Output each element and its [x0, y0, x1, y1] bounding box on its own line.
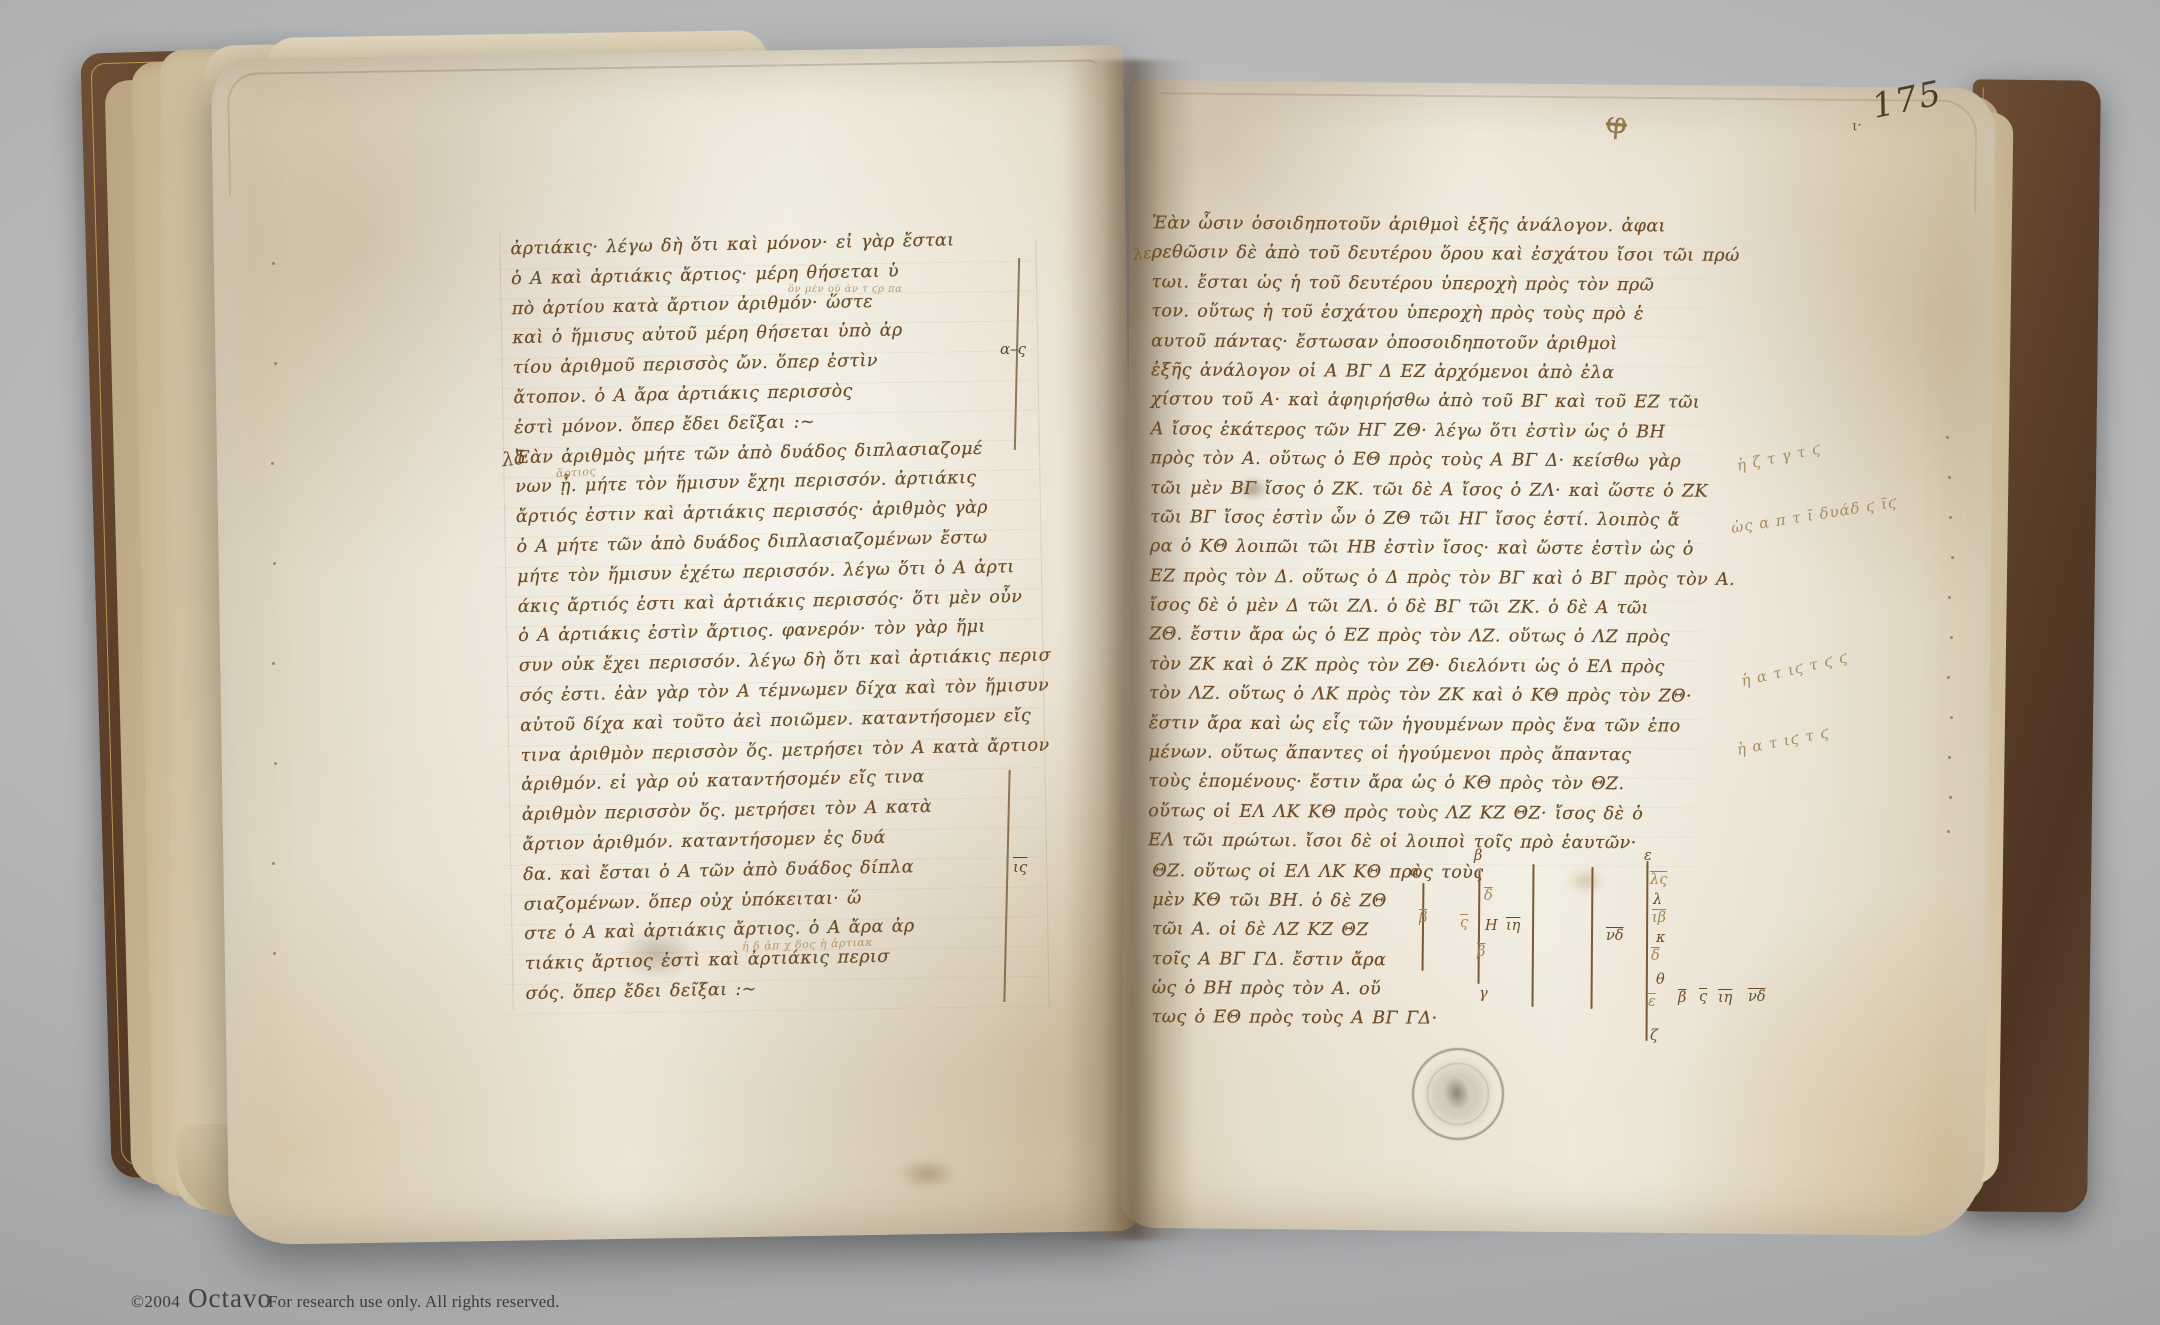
usage-notice: For research use only. All rights reserv… — [268, 1292, 560, 1312]
quire-mark: φ — [1605, 105, 1629, 142]
manuscript-line: τωι. ἔσται ὡς ἡ τοῦ δευτέρου ὑπεροχὴ πρὸ… — [1151, 268, 1707, 301]
manuscript-line: τῶι ΒΓ ἴσος ἐστὶν ὧν ὁ ΖΘ τῶι ΗΓ ἴσος ἐσ… — [1150, 503, 1706, 536]
manuscript-line: τοῖς Α ΒΓ ΓΔ. ἔστιν ἄρα — [1152, 945, 1492, 976]
manuscript-line: Α ἴσος ἑκάτερος τῶν ΗΓ ΖΘ· λέγω ὅτι ἐστὶ… — [1151, 415, 1707, 448]
diagram-label: β — [1477, 944, 1485, 960]
diagram-label: ε — [1644, 848, 1652, 864]
right-narrow-text-column: ΘΖ. οὕτως οἱ ΕΛ ΛΚ ΚΘ πρὸς τοὺςμὲν ΚΘ τῶ… — [1152, 857, 1493, 1034]
manuscript-line: ρεθῶσιν δὲ ἀπὸ τοῦ δευτέρου ὅρου καὶ ἐσχ… — [1152, 239, 1708, 272]
manuscript-line: τὸν ΛΖ. οὕτως ὁ ΛΚ πρὸς τὸν ΖΚ καὶ ὁ ΚΘ … — [1149, 680, 1705, 713]
diagram-label: ιη — [1506, 918, 1520, 934]
left-text-column: ἀρτιάκις· λέγω δὴ ὅτι καὶ μόνον· εἰ γὰρ … — [510, 225, 1037, 1010]
proposition-number-34: λδ — [501, 447, 527, 471]
manuscript-line: ἴσος δὲ ὁ μὲν Δ τῶι ΖΛ. ὁ δὲ ΒΓ τῶι ΖΚ. … — [1149, 591, 1705, 624]
bracket-label: ις — [1013, 858, 1027, 876]
manuscript-line: αυτοῦ πάντας· ἔστωσαν ὁποσοιδηποτοῦν ἀρι… — [1151, 327, 1707, 360]
brand-octavo: Octavo — [188, 1283, 272, 1314]
manuscript-line: μὲν ΚΘ τῶι ΒΗ. ὁ δὲ ΖΘ — [1152, 886, 1492, 917]
manuscript-line: ΕΖ πρὸς τὸν Δ. οὕτως ὁ Δ πρὸς τὸν ΒΓ καὶ… — [1150, 562, 1706, 595]
manuscript-line: οὕτως οἱ ΕΛ ΛΚ ΚΘ πρὸς τοὺς ΛΖ ΚΖ ΘΖ· ἴσ… — [1148, 797, 1704, 830]
manuscript-line: ΖΘ. ἔστιν ἄρα ὡς ὁ ΕΖ πρὸς τὸν ΛΖ. οὕτως… — [1149, 621, 1705, 654]
ink-stain — [898, 1158, 956, 1190]
manuscript-line: ρα ὁ ΚΘ λοιπῶι τῶι ΗΒ ἐστὶν ἴσος· καὶ ὥσ… — [1150, 533, 1706, 566]
diagram-label: β — [1474, 848, 1482, 864]
diagram-label: ιη — [1718, 990, 1732, 1006]
copyright-text: ©2004 — [131, 1292, 180, 1312]
diagram-label: ζ — [1650, 1028, 1658, 1044]
manuscript-line: ἑξῆς ἀνάλογον οἱ Α ΒΓ Δ ΕΖ ἀρχόμενοι ἀπὸ… — [1151, 356, 1707, 389]
manuscript-line: χίστου τοῦ Α· καὶ ἀφηιρήσθω ἀπὸ τοῦ ΒΓ κ… — [1151, 386, 1707, 419]
diagram-label: δ — [1484, 888, 1493, 904]
manuscript-line: τὸν ΖΚ καὶ ὁ ΖΚ πρὸς τὸν ΖΘ· διελόντι ὡς… — [1149, 650, 1705, 683]
ink-stain — [1566, 868, 1606, 894]
diagram-label: ιβ — [1652, 910, 1666, 926]
manuscript-line: τον. οὕτως ἡ τοῦ ἐσχάτου ὑπεροχὴ πρὸς το… — [1151, 297, 1707, 330]
manuscript-line: πρὸς τὸν Α. οὕτως ὁ ΕΘ πρὸς τοὺς Α ΒΓ Δ·… — [1150, 444, 1706, 477]
diagram-label: λς — [1650, 872, 1667, 888]
manuscript-line: ὡς ὁ ΒΗ πρὸς τὸν Α. οὕ — [1152, 974, 1492, 1005]
diagram-label: α — [1410, 864, 1420, 880]
diagram-label: νδ — [1748, 989, 1766, 1005]
manuscript-line: τοὺς ἑπομένους· ἔστιν ἄρα ὡς ὁ ΚΘ πρὸς τ… — [1148, 768, 1704, 801]
diagram-label: δ — [1651, 948, 1660, 964]
diagram-label: ς — [1699, 989, 1707, 1005]
manuscript-line: τῶι Α. οἱ δὲ ΛΖ ΚΖ ΘΖ — [1152, 915, 1492, 946]
interlinear-note: ὃν μὲν οὐ ἀν τ ϛρ πα — [788, 284, 902, 295]
diagram-label: Η — [1485, 918, 1498, 934]
diagram-label: β — [1419, 910, 1427, 926]
proposition-number-35: λε — [1132, 243, 1153, 264]
diagram-label: β — [1678, 990, 1686, 1006]
bracket-label: α–ς — [1000, 340, 1026, 358]
footer: ©2004 Octavo For research use only. All … — [0, 1282, 2160, 1325]
diagram-label: θ — [1656, 972, 1665, 988]
diagram-label: λ — [1653, 892, 1662, 908]
manuscript-line: τῶι μὲν ΒΓ ἴσος ὁ ΖΚ. τῶι δὲ Α ἴσος ὁ ΖΛ… — [1150, 474, 1706, 507]
diagram-label: ς — [1460, 915, 1468, 931]
right-text-column: Ἐὰν ὦσιν ὁσοιδηποτοῦν ἀριθμοὶ ἑξῆς ἀνάλο… — [1148, 209, 1708, 859]
manuscript-line: μένων. οὕτως ἅπαντες οἱ ἡγούμενοι πρὸς ἅ… — [1149, 738, 1705, 771]
manuscript-line: Ἐὰν ὦσιν ὁσοιδηποτοῦν ἀριθμοὶ ἑξῆς ἀνάλο… — [1152, 209, 1708, 242]
manuscript-line: τως ὁ ΕΘ πρὸς τοὺς Α ΒΓ ΓΔ· — [1152, 1003, 1492, 1034]
manuscript-line: ΘΖ. οὕτως οἱ ΕΛ ΛΚ ΚΘ πρὸς τοὺς — [1152, 857, 1492, 888]
diagram-label: κ — [1656, 930, 1666, 946]
manuscript-line: ΕΛ τῶι πρώτωι. ἴσοι δὲ οἱ λοιποὶ τοῖς πρ… — [1148, 826, 1704, 859]
folio-prefix-mark: ι· — [1851, 117, 1863, 134]
manuscript-line: ἔστιν ἄρα καὶ ὡς εἷς τῶν ἡγουμένων πρὸς … — [1149, 709, 1705, 742]
diagram-label: ε — [1648, 994, 1656, 1010]
photo-stage: ι· 175 φ ἀρτιάκις· λέγω δὴ ὅτι καὶ μόνον… — [0, 0, 2160, 1325]
diagram-label: γ — [1479, 986, 1488, 1002]
diagram-label: νδ — [1606, 928, 1624, 944]
